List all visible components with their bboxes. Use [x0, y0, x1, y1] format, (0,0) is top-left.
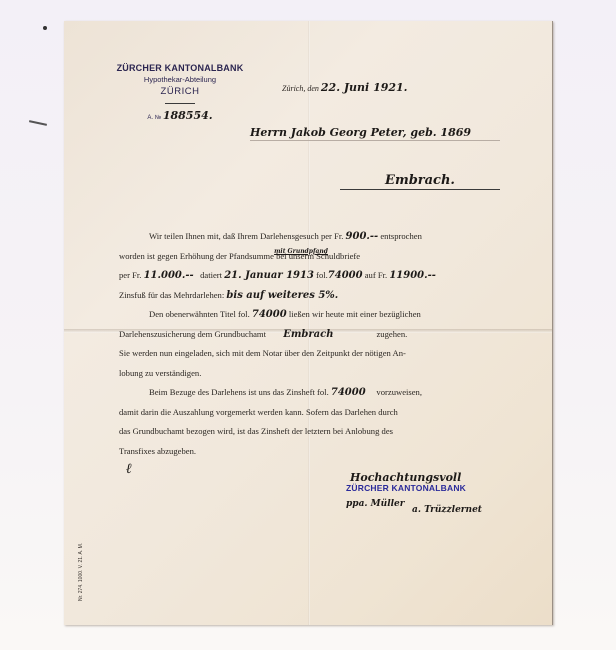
body-line-10: damit darin die Auszahlung vorgemerkt we…: [119, 403, 534, 423]
body-line-7: Sie werden nun eingeladen, sich mit dem …: [119, 344, 534, 364]
date-handwritten: 22. Juni 1921.: [321, 81, 408, 94]
reference-label: A. №: [147, 115, 161, 121]
body-line-9: Beim Bezuge des Darlehens ist uns das Zi…: [119, 383, 534, 403]
letter-body: Wir teilen Ihnen mit, daß Ihrem Darlehen…: [119, 227, 534, 461]
body-line-5: Den obenerwähnten Titel fol. 74000 ließe…: [119, 305, 534, 325]
background-mark: [29, 120, 47, 126]
background-speck: [43, 26, 47, 30]
date-place-prefix: Zürich, den: [282, 84, 319, 93]
insertion-text: mit Grundpfand: [274, 242, 328, 262]
signature-left: ppa. Müller: [346, 499, 405, 509]
reference-number: A. № 188554.: [110, 109, 250, 122]
body-line-6: Darlehenszusicherung dem Grundbuchamt Em…: [119, 325, 534, 345]
body-text: zugehen.: [376, 329, 407, 339]
body-text: ließen wir heute mit einer bezüglichen: [289, 309, 421, 319]
bank-name: ZÜRCHER KANTONALBANK: [110, 63, 250, 73]
body-line-8: lobung zu verständigen.: [119, 364, 534, 384]
body-line-12: Transfixes abzugeben.: [119, 442, 534, 462]
body-text: Darlehenszusicherung dem Grundbuchamt: [119, 329, 266, 339]
original-date: 21. Januar 1913: [224, 270, 314, 281]
folio-number: 74000: [252, 309, 287, 320]
body-line-11: das Grundbuchamt bezogen wird, ist das Z…: [119, 422, 534, 442]
new-amount: 11900.--: [389, 270, 436, 281]
body-line-2: worden ist gegen Erhöhung der Pfandsumme…: [119, 247, 534, 267]
body-text: Beim Bezuge des Darlehens ist uns das Zi…: [149, 387, 329, 397]
dateline: Zürich, den 22. Juni 1921.: [282, 81, 408, 94]
reference-value: 188554.: [163, 109, 213, 122]
body-text: Zinsfuß für das Mehrdarlehen:: [119, 290, 224, 300]
body-text: worden ist gegen Erhöhung der Pfandsumme: [119, 251, 274, 261]
printer-mark: Nr. 274. 1000. V. 21. A. M.: [78, 543, 84, 601]
bank-stamp: ZÜRCHER KANTONALBANK: [346, 483, 466, 493]
body-text: vorzuweisen,: [376, 387, 422, 397]
body-line-4: Zinsfuß für das Mehrdarlehen: bis auf we…: [119, 286, 534, 306]
land-registry-office: Embrach: [283, 329, 333, 340]
body-text: entsprochen: [380, 231, 422, 241]
letterhead-rule: [165, 103, 195, 104]
body-text: auf Fr.: [365, 270, 387, 280]
folio-number: 74000: [328, 270, 363, 281]
handwritten-paraph: ℓ: [126, 461, 132, 478]
loan-amount: 900.--: [346, 231, 379, 242]
signature-right: a. Trüzzlernet: [412, 505, 482, 515]
body-text: datiert: [200, 270, 222, 280]
letterhead: ZÜRCHER KANTONALBANK Hypothekar-Abteilun…: [110, 63, 250, 122]
original-amount: 11.000.--: [144, 270, 194, 281]
recipient-place: Embrach.: [340, 173, 500, 190]
body-line-3: per Fr. 11.000.-- datiert 21. Januar 191…: [119, 266, 534, 286]
body-text: per Fr.: [119, 270, 141, 280]
document-page: ZÜRCHER KANTONALBANK Hypothekar-Abteilun…: [64, 21, 553, 625]
folio-number: 74000: [331, 387, 366, 398]
body-text: fol.: [316, 270, 328, 280]
department-name: Hypothekar-Abteilung: [110, 75, 250, 84]
interest-rate: bis auf weiteres 5%.: [226, 290, 338, 301]
bank-city: ZÜRICH: [110, 86, 250, 97]
body-text: Wir teilen Ihnen mit, daß Ihrem Darlehen…: [149, 231, 343, 241]
body-text: Den obenerwähnten Titel fol.: [149, 309, 250, 319]
recipient-name: Herrn Jakob Georg Peter, geb. 1869: [250, 126, 500, 141]
